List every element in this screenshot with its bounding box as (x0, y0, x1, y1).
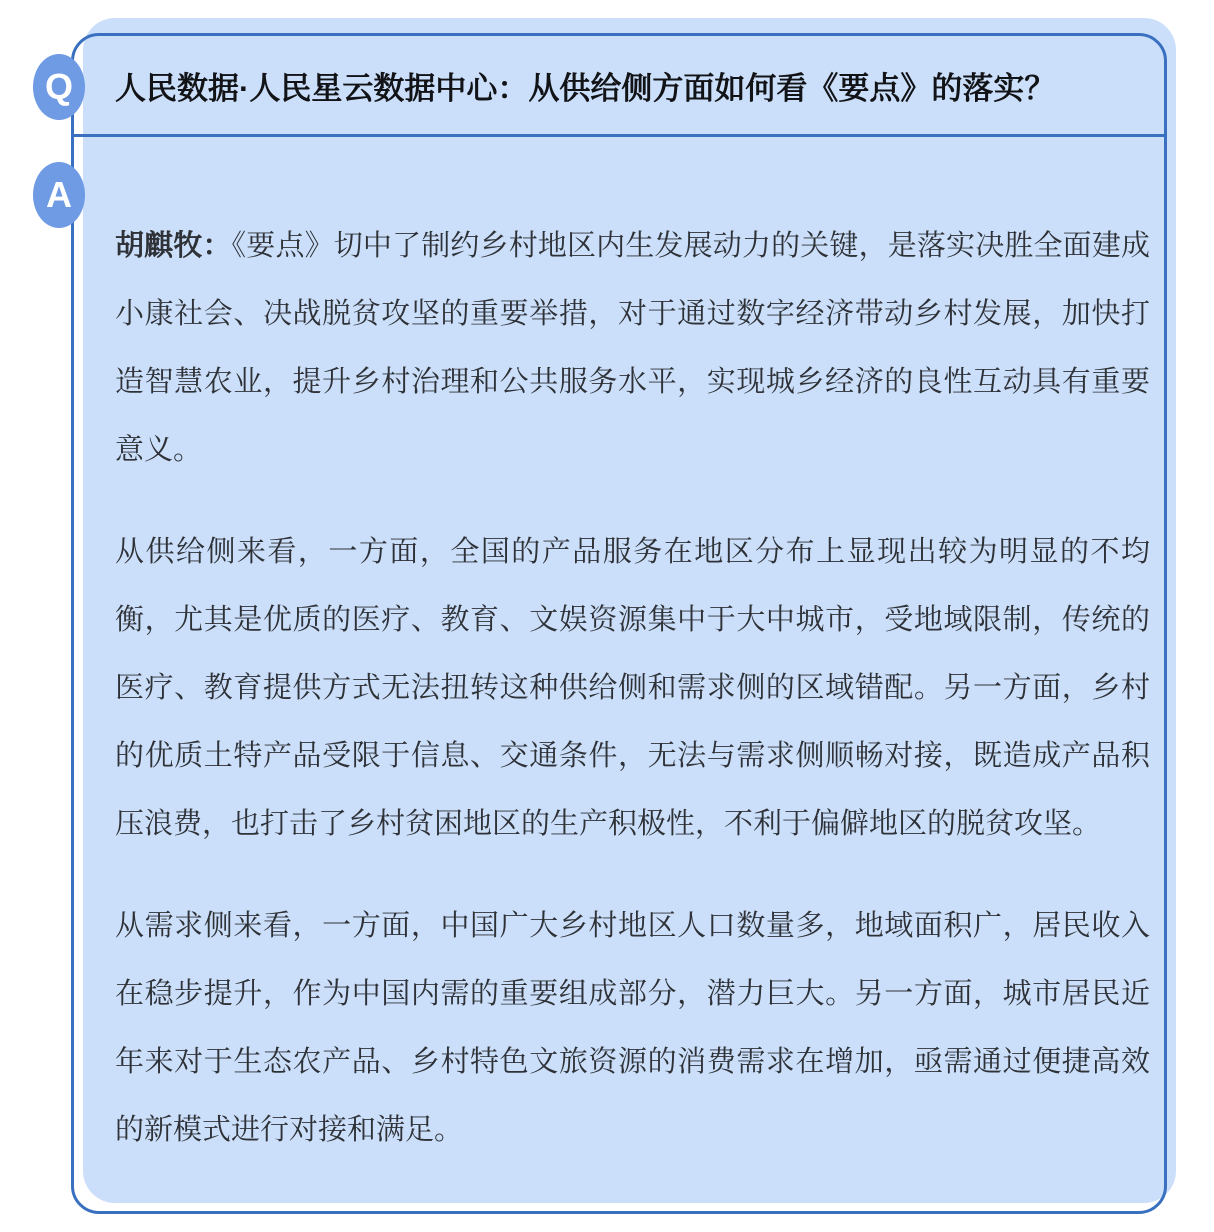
answer-paragraph-1-text: 《要点》切中了制约乡村地区内生发展动力的关键，是落实决胜全面建成小康社会、决战脱… (115, 230, 1150, 466)
answer-text: 胡麒牧：《要点》切中了制约乡村地区内生发展动力的关键，是落实决胜全面建成小康社会… (115, 212, 1150, 1164)
question-badge-label: Q (45, 69, 73, 105)
answer-paragraph-2: 从供给侧来看，一方面，全国的产品服务在地区分布上显现出较为明显的不均衡，尤其是优… (115, 518, 1150, 858)
page-background: Q 人民数据·人民星云数据中心：从供给侧方面如何看《要点》的落实？ A 胡麒牧：… (0, 0, 1214, 1232)
answer-badge-label: A (46, 177, 72, 213)
answer-paragraph-3: 从需求侧来看，一方面，中国广大乡村地区人口数量多，地域面积广，居民收入在稳步提升… (115, 892, 1150, 1164)
question-answer-divider (72, 134, 1166, 137)
answer-paragraph-1: 胡麒牧：《要点》切中了制约乡村地区内生发展动力的关键，是落实决胜全面建成小康社会… (115, 212, 1150, 484)
speaker-name: 胡麒牧： (115, 230, 232, 262)
answer-badge: A (33, 162, 85, 228)
question-title: 人民数据·人民星云数据中心：从供给侧方面如何看《要点》的落实？ (115, 36, 1150, 134)
question-badge: Q (33, 54, 85, 120)
